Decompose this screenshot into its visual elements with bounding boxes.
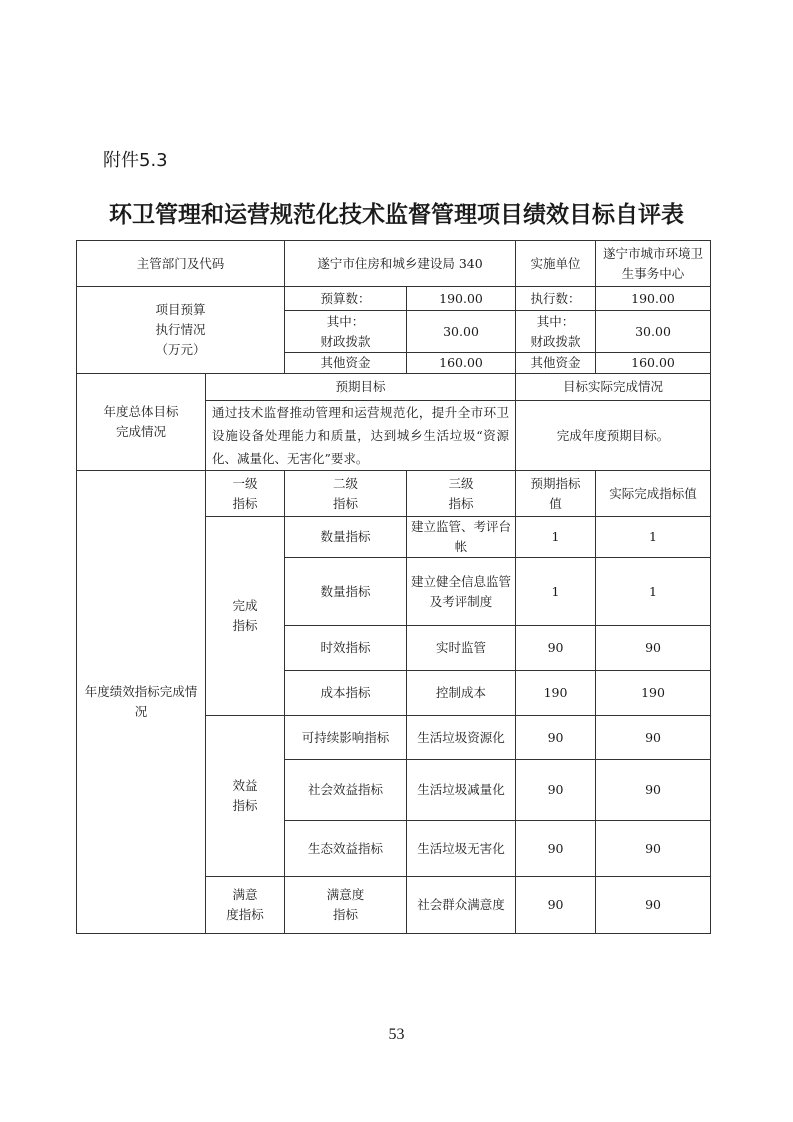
level3-cell: 建立健全信息监管及考评制度	[407, 558, 516, 626]
level2-cell: 生态效益指标	[285, 821, 407, 877]
expected-cell: 190	[516, 671, 596, 716]
level1-cell: 效益 指标	[206, 716, 285, 877]
budget-section-label: 项目预算 执行情况 （万元）	[77, 287, 285, 374]
col-level3: 三级 指标	[407, 471, 516, 517]
col-level2: 二级 指标	[285, 471, 407, 517]
actual-cell: 90	[596, 626, 711, 671]
budget-row-total: 项目预算 执行情况 （万元） 预算数： 190.00 执行数： 190.00	[77, 287, 711, 311]
level2-cell: 数量指标	[285, 558, 407, 626]
plan-label: 其中： 财政拨款	[285, 311, 407, 353]
impl-value: 遂宁市城市环境卫生事务中心	[596, 241, 711, 287]
plan-value: 190.00	[407, 287, 516, 311]
expected-cell: 90	[516, 760, 596, 821]
dept-label: 主管部门及代码	[77, 241, 285, 287]
actual-cell: 1	[596, 517, 711, 558]
exec-label: 其他资金	[516, 353, 596, 374]
level3-cell: 建立监管、考评台帐	[407, 517, 516, 558]
expected-cell: 1	[516, 558, 596, 626]
expected-cell: 90	[516, 877, 596, 934]
expected-cell: 90	[516, 716, 596, 760]
attachment-label: 附件5.3	[103, 146, 168, 172]
actual-cell: 90	[596, 716, 711, 760]
plan-label: 预算数：	[285, 287, 407, 311]
dept-row: 主管部门及代码 遂宁市住房和城乡建设局 340 实施单位 遂宁市城市环境卫生事务…	[77, 241, 711, 287]
col-expected: 预期指标 值	[516, 471, 596, 517]
expected-cell: 1	[516, 517, 596, 558]
level3-cell: 生活垃圾资源化	[407, 716, 516, 760]
expected-goal-text: 通过技术监督推动管理和运营规范化，提升全市环卫设施设备处理能力和质量，达到城乡生…	[206, 401, 516, 471]
col-actual: 实际完成指标值	[596, 471, 711, 517]
actual-goal-header: 目标实际完成情况	[516, 374, 711, 401]
document-title: 环卫管理和运营规范化技术监督管理项目绩效目标自评表	[0, 196, 793, 229]
level2-cell: 时效指标	[285, 626, 407, 671]
actual-cell: 90	[596, 760, 711, 821]
level3-cell: 社会群众满意度	[407, 877, 516, 934]
level2-cell: 满意度 指标	[285, 877, 407, 934]
col-level1: 一级 指标	[206, 471, 285, 517]
perf-section-label: 年度绩效指标完成情况	[77, 471, 206, 934]
actual-cell: 90	[596, 877, 711, 934]
self-evaluation-table: 主管部门及代码 遂宁市住房和城乡建设局 340 实施单位 遂宁市城市环境卫生事务…	[76, 240, 711, 934]
expected-cell: 90	[516, 821, 596, 877]
level3-cell: 实时监管	[407, 626, 516, 671]
level3-cell: 生活垃圾减量化	[407, 760, 516, 821]
actual-cell: 1	[596, 558, 711, 626]
exec-label: 其中： 财政拨款	[516, 311, 596, 353]
level3-cell: 生活垃圾无害化	[407, 821, 516, 877]
goal-header-row: 年度总体目标 完成情况 预期目标 目标实际完成情况	[77, 374, 711, 401]
plan-value: 160.00	[407, 353, 516, 374]
exec-value: 190.00	[596, 287, 711, 311]
actual-cell: 90	[596, 821, 711, 877]
plan-value: 30.00	[407, 311, 516, 353]
level1-cell: 满意 度指标	[206, 877, 285, 934]
expected-cell: 90	[516, 626, 596, 671]
level2-cell: 成本指标	[285, 671, 407, 716]
exec-label: 执行数：	[516, 287, 596, 311]
level2-cell: 社会效益指标	[285, 760, 407, 821]
dept-value: 遂宁市住房和城乡建设局 340	[285, 241, 516, 287]
exec-value: 30.00	[596, 311, 711, 353]
level2-cell: 可持续影响指标	[285, 716, 407, 760]
page-number: 53	[0, 1026, 793, 1044]
actual-cell: 190	[596, 671, 711, 716]
level2-cell: 数量指标	[285, 517, 407, 558]
plan-label: 其他资金	[285, 353, 407, 374]
expected-goal-header: 预期目标	[206, 374, 516, 401]
impl-label: 实施单位	[516, 241, 596, 287]
exec-value: 160.00	[596, 353, 711, 374]
level1-cell: 完成 指标	[206, 517, 285, 716]
level3-cell: 控制成本	[407, 671, 516, 716]
goal-section-label: 年度总体目标 完成情况	[77, 374, 206, 471]
actual-goal-text: 完成年度预期目标。	[516, 401, 711, 471]
perf-header-row: 年度绩效指标完成情况 一级 指标 二级 指标 三级 指标 预期指标 值 实际完成…	[77, 471, 711, 517]
